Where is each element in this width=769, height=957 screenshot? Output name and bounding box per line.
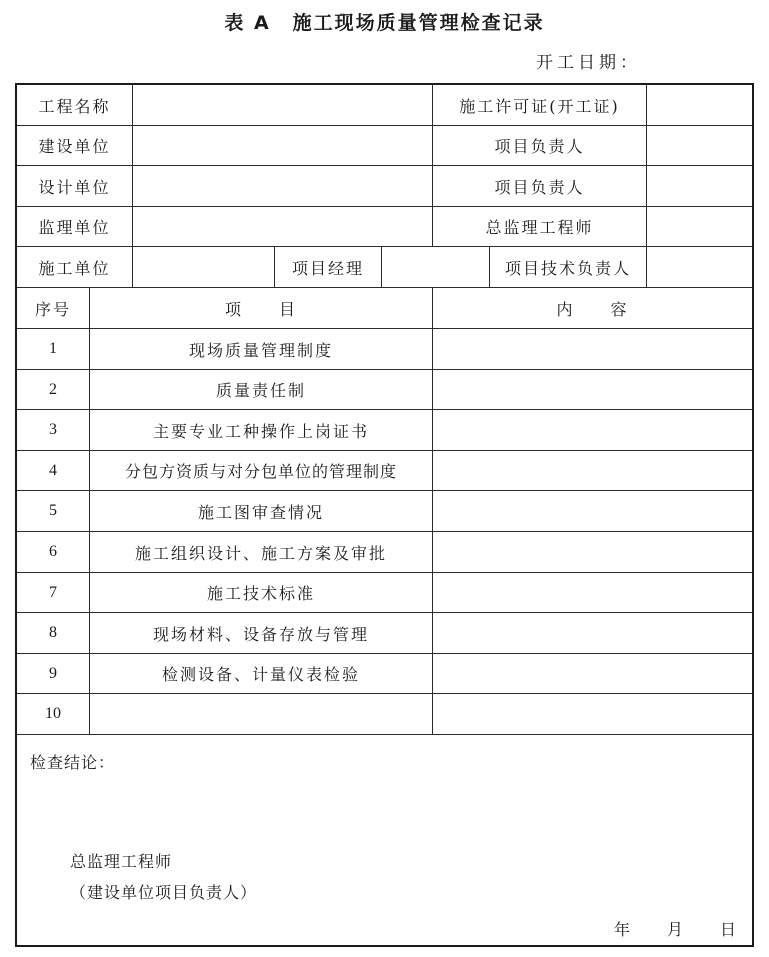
- contractor-field[interactable]: [133, 247, 275, 288]
- title-text: 施工现场质量管理检查记录: [293, 12, 545, 34]
- column-header-item: 项 目: [90, 288, 433, 329]
- tech-lead-field[interactable]: [647, 247, 752, 288]
- row-content-field[interactable]: [433, 410, 752, 451]
- row-item: 分包方资质与对分包单位的管理制度: [90, 451, 433, 491]
- conclusion-label: 检查结论：: [30, 750, 115, 773]
- row-content-field[interactable]: [433, 370, 752, 410]
- column-header-no: 序号: [17, 288, 90, 329]
- signature-date: 年 月 日: [614, 917, 736, 940]
- owner-unit-label: 建设单位: [17, 126, 133, 166]
- row-content-field[interactable]: [433, 329, 752, 370]
- column-header-content: 内 容: [433, 288, 752, 329]
- table-code: 表 A: [224, 12, 270, 34]
- row-content-field[interactable]: [433, 654, 752, 694]
- signatory-label: 总监理工程师: [70, 849, 172, 872]
- row-item-field[interactable]: [90, 694, 433, 735]
- row-item: 质量责任制: [90, 370, 433, 410]
- row-no: 6: [17, 532, 90, 573]
- row-item: 施工图审查情况: [90, 491, 433, 532]
- conclusion-section[interactable]: 检查结论： 总监理工程师 （建设单位项目负责人） 年 月 日: [17, 735, 752, 945]
- project-name-label: 工程名称: [17, 85, 133, 126]
- row-no: 1: [17, 329, 90, 370]
- start-date-label: 开工日期：: [536, 48, 641, 73]
- design-unit-label: 设计单位: [17, 166, 133, 207]
- owner-lead-label: 项目负责人: [433, 126, 647, 166]
- row-item: 现场材料、设备存放与管理: [90, 613, 433, 654]
- supervision-unit-label: 监理单位: [17, 207, 133, 247]
- row-no: 10: [17, 694, 90, 735]
- project-name-field[interactable]: [133, 85, 433, 126]
- row-content-field[interactable]: [433, 532, 752, 573]
- row-no: 2: [17, 370, 90, 410]
- row-no: 5: [17, 491, 90, 532]
- row-content-field[interactable]: [433, 451, 752, 491]
- year-label: 年: [614, 917, 630, 940]
- signatory-alt-label: （建设单位项目负责人）: [70, 880, 257, 903]
- row-item: 施工技术标准: [90, 573, 433, 613]
- design-unit-field[interactable]: [133, 166, 433, 207]
- inspection-form-table: 工程名称 施工许可证(开工证) 建设单位 项目负责人 设计单位 项目负责人 监理…: [15, 83, 754, 947]
- design-lead-field[interactable]: [647, 166, 752, 207]
- row-no: 7: [17, 573, 90, 613]
- row-no: 3: [17, 410, 90, 451]
- row-item: 检测设备、计量仪表检验: [90, 654, 433, 694]
- month-label: 月: [667, 917, 683, 940]
- project-manager-field[interactable]: [382, 247, 490, 288]
- chief-supervisor-field[interactable]: [647, 207, 752, 247]
- supervision-unit-field[interactable]: [133, 207, 433, 247]
- row-content-field[interactable]: [433, 613, 752, 654]
- row-no: 9: [17, 654, 90, 694]
- owner-unit-field[interactable]: [133, 126, 433, 166]
- day-label: 日: [720, 917, 736, 940]
- row-item: 主要专业工种操作上岗证书: [90, 410, 433, 451]
- row-item: 现场质量管理制度: [90, 329, 433, 370]
- design-lead-label: 项目负责人: [433, 166, 647, 207]
- contractor-label: 施工单位: [17, 247, 133, 288]
- row-content-field[interactable]: [433, 573, 752, 613]
- document-title: 表 A施工现场质量管理检查记录: [0, 8, 769, 35]
- row-content-field[interactable]: [433, 694, 752, 735]
- row-no: 4: [17, 451, 90, 491]
- chief-supervisor-label: 总监理工程师: [433, 207, 647, 247]
- row-item: 施工组织设计、施工方案及审批: [90, 532, 433, 573]
- owner-lead-field[interactable]: [647, 126, 752, 166]
- permit-field[interactable]: [647, 85, 752, 126]
- permit-label: 施工许可证(开工证): [433, 85, 647, 126]
- row-content-field[interactable]: [433, 491, 752, 532]
- tech-lead-label: 项目技术负责人: [490, 247, 647, 288]
- project-manager-label: 项目经理: [275, 247, 382, 288]
- row-no: 8: [17, 613, 90, 654]
